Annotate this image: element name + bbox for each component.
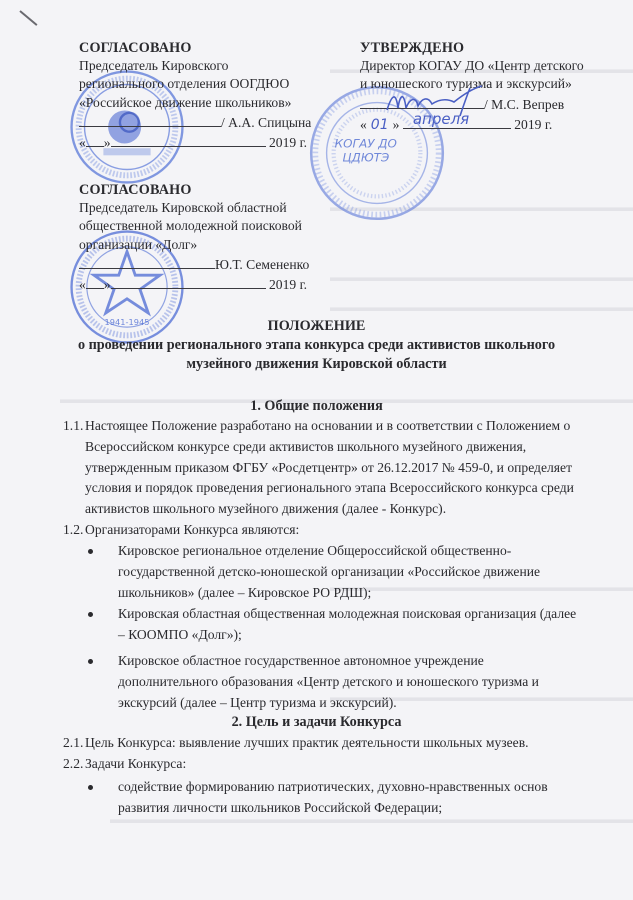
approval-line: регионального отделения ООГДЮО [79,75,311,93]
clause-2-1: 2.1. Цель Конкурса: выявление лучших пра… [63,733,608,754]
approval-heading: СОГЛАСОВАНО [79,181,309,199]
clause-text: утвержденным приказом ФГБУ «Росдетцентр»… [85,458,608,479]
signature-blank [79,254,215,269]
quote-close: » [393,117,400,132]
clause-number: 2.1. [63,733,83,754]
signature-line: / А.А. Спицына [79,112,311,132]
date-line: «» 2019 г. [79,274,309,294]
approval-line: Председатель Кировской областной [79,199,309,217]
bullet-text: экскурсий (далее – Центр туризма и экску… [118,693,608,714]
clause-text: условия и порядок проведения регионально… [85,478,608,499]
svg-text:ЦДЮТЭ: ЦДЮТЭ [342,150,390,164]
clause-text: Задачи Конкурса: [85,754,608,775]
svg-text:КОГАУ ДО: КОГАУ ДО [335,136,397,150]
day-blank [86,274,104,289]
signatory-name: / М.С. Вепрев [484,97,564,112]
approval-heading: СОГЛАСОВАНО [79,39,311,57]
scanned-document-page: ▬▬▬▬▬▬▬▬▬▬▬▬▬▬▬▬▬▬▬▬▬▬▬▬▬▬▬ ▬▬▬▬▬▬▬▬▬▬▬▬… [0,0,633,900]
approval-block-rdsh: СОГЛАСОВАНО Председатель Кировского реги… [79,39,311,152]
month-blank [111,274,266,289]
clause-number: 1.1. [63,416,83,437]
clause-text: Организаторами Конкурса являются: [85,520,608,541]
bullet-text: содействие формированию патриотических, … [118,777,608,798]
approval-line: общественной молодежной поисковой [79,217,309,235]
date-year: 2019 г. [269,135,307,150]
signature-blank [79,112,221,127]
bullet-text: развития личности школьников Российской … [118,798,608,819]
bullet-text: – КООМПО «Долг»); [118,625,608,646]
document-title: ПОЛОЖЕНИЕ [0,317,633,336]
bleed-through-text: ▬▬▬▬▬▬▬▬▬▬▬▬▬▬▬▬▬▬▬▬▬▬▬▬▬▬▬▬▬▬ [330,300,633,315]
month-blank [111,132,266,147]
bullet-icon [88,659,93,664]
month-blank: апреля [403,114,511,129]
day-blank [86,132,104,147]
approval-line: организации «Долг» [79,236,309,254]
date-line: «» 2019 г. [79,132,311,152]
scan-mark [19,10,37,26]
clause-number: 2.2. [63,754,83,775]
document-subtitle-line1: о проведении регионального этапа конкурс… [0,336,633,355]
signature-line: Ю.Т. Семененко [79,254,309,274]
quote-close: » [104,135,111,150]
document-subtitle-line2: музейного движения Кировской области [0,355,633,374]
bullet-icon [88,549,93,554]
bullet-text: Кировская областная общественная молодеж… [118,604,608,625]
approval-line: Директор КОГАУ ДО «Центр детского [360,57,584,75]
task-bullet-patriotic: содействие формированию патриотических, … [88,777,608,819]
organizer-bullet-rdsh: Кировское региональное отделение Общерос… [88,541,608,603]
bleed-through-text: ▬▬▬▬▬▬▬▬▬▬▬▬▬▬▬▬▬▬▬▬▬▬▬▬▬▬▬▬▬▬ [330,200,633,215]
clause-text: Настоящее Положение разработано на основ… [85,416,608,437]
quote-open: « [79,277,86,292]
date-year: 2019 г. [269,277,307,292]
bullet-text: Кировское областное государственное авто… [118,651,608,672]
section-heading-general: 1. Общие положения [0,398,633,415]
approval-block-director: УТВЕРЖДЕНО Директор КОГАУ ДО «Центр детс… [360,39,584,134]
approval-heading: УТВЕРЖДЕНО [360,39,584,57]
clause-2-2: 2.2. Задачи Конкурса: [63,754,608,775]
clause-text: Всероссийском конкурсе среди активистов … [85,437,608,458]
bullet-text: школьников» (далее – Кировское РО РДШ); [118,583,608,604]
bullet-icon [88,612,93,617]
date-month: апреля [413,110,469,128]
bullet-text: Кировское региональное отделение Общерос… [118,541,608,562]
date-year: 2019 г. [514,117,552,132]
signatory-name: / А.А. Спицына [221,115,311,130]
organizer-bullet-dolg: Кировская областная общественная молодеж… [88,604,608,646]
clause-number: 1.2. [63,520,83,541]
organizer-bullet-center: Кировское областное государственное авто… [88,651,608,713]
clause-1-2: 1.2. Организаторами Конкурса являются: [63,520,608,541]
signature-line: / М.С. Вепрев [360,94,584,114]
clause-text: активистов школьного музейного движения … [85,499,608,520]
section-heading-goals: 2. Цель и задачи Конкурса [0,714,633,731]
quote-open: « [79,135,86,150]
quote-close: » [104,277,111,292]
bullet-text: государственной детско-юношеской организ… [118,562,608,583]
bullet-icon [88,785,93,790]
approval-line: Председатель Кировского [79,57,311,75]
clause-1-1: 1.1. Настоящее Положение разработано на … [63,416,608,520]
approval-block-dolg: СОГЛАСОВАНО Председатель Кировской облас… [79,181,309,294]
date-day: 01 [367,117,393,133]
bleed-through-text: ▬▬▬▬▬▬▬▬▬▬▬▬▬▬▬▬▬▬▬▬▬▬▬▬▬▬▬▬▬▬ [330,270,633,285]
approval-line: «Российское движение школьников» [79,94,311,112]
clause-text: Цель Конкурса: выявление лучших практик … [85,733,608,754]
quote-open: « [360,117,367,132]
bullet-text: дополнительного образования «Центр детск… [118,672,608,693]
signatory-name: Ю.Т. Семененко [215,257,309,272]
